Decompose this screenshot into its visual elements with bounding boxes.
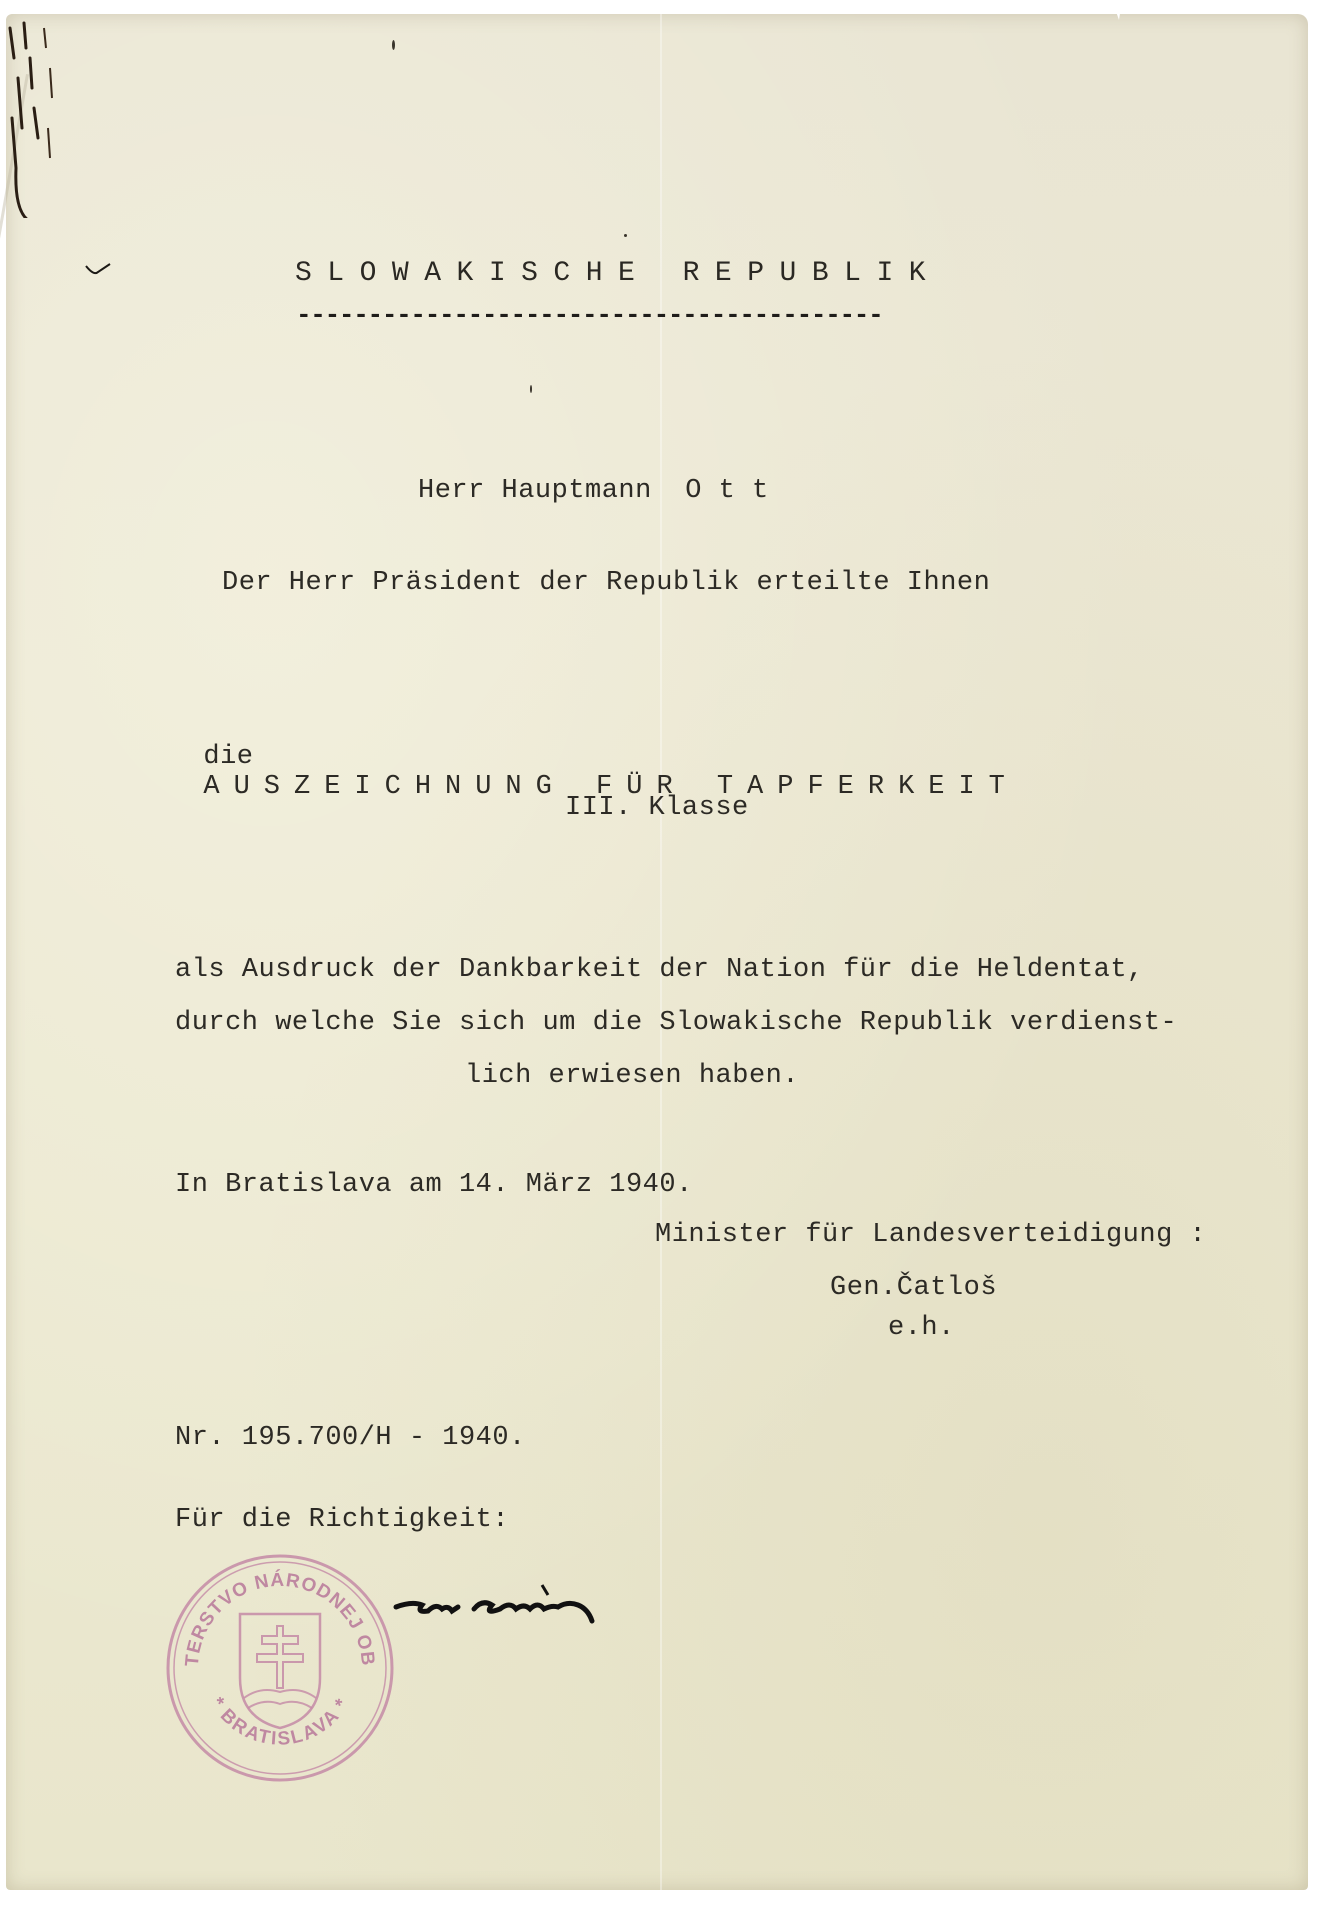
svg-text:* BRATISLAVA *: * BRATISLAVA * bbox=[206, 1694, 354, 1750]
award-prefix: die bbox=[203, 742, 253, 772]
body-line-1: als Ausdruck der Dankbarkeit der Nation … bbox=[175, 955, 1144, 985]
award-line: die AUSZEICHNUNG FÜR TAPFERKEIT bbox=[170, 712, 1019, 802]
handwritten-signature bbox=[392, 1575, 612, 1645]
certification-label: Für die Richtigkeit: bbox=[175, 1505, 509, 1535]
intro-line: Der Herr Präsident der Republik erteilte… bbox=[222, 568, 990, 598]
ink-speck bbox=[624, 234, 627, 237]
check-mark-icon bbox=[84, 262, 114, 278]
award-class: III. Klasse bbox=[565, 793, 749, 823]
recipient-line: Herr Hauptmann O t t bbox=[418, 476, 769, 506]
signatory-note: e.h. bbox=[888, 1313, 955, 1343]
ministry-stamp-icon: MINISTERSTVO NÁRODNEJ OBRANY * BRATISLAV… bbox=[160, 1548, 400, 1788]
title-underline: ----------------------------------------… bbox=[296, 300, 882, 330]
reference-number: Nr. 195.700/H - 1940. bbox=[175, 1423, 526, 1453]
body-line-2: durch welche Sie sich um die Slowakische… bbox=[175, 1008, 1177, 1038]
body-line-3: lich erwiesen haben. bbox=[465, 1061, 799, 1091]
margin-ink-marks-icon bbox=[4, 18, 74, 218]
vertical-fold-crease bbox=[660, 14, 662, 1890]
ink-speck bbox=[530, 385, 532, 393]
document-title: SLOWAKISCHE REPUBLIK bbox=[295, 258, 941, 289]
place-date: In Bratislava am 14. März 1940. bbox=[175, 1170, 693, 1200]
signatory-name: Gen.Čatloš bbox=[830, 1273, 997, 1303]
signatory-title: Minister für Landesverteidigung : bbox=[655, 1220, 1206, 1250]
ink-speck bbox=[392, 40, 395, 50]
